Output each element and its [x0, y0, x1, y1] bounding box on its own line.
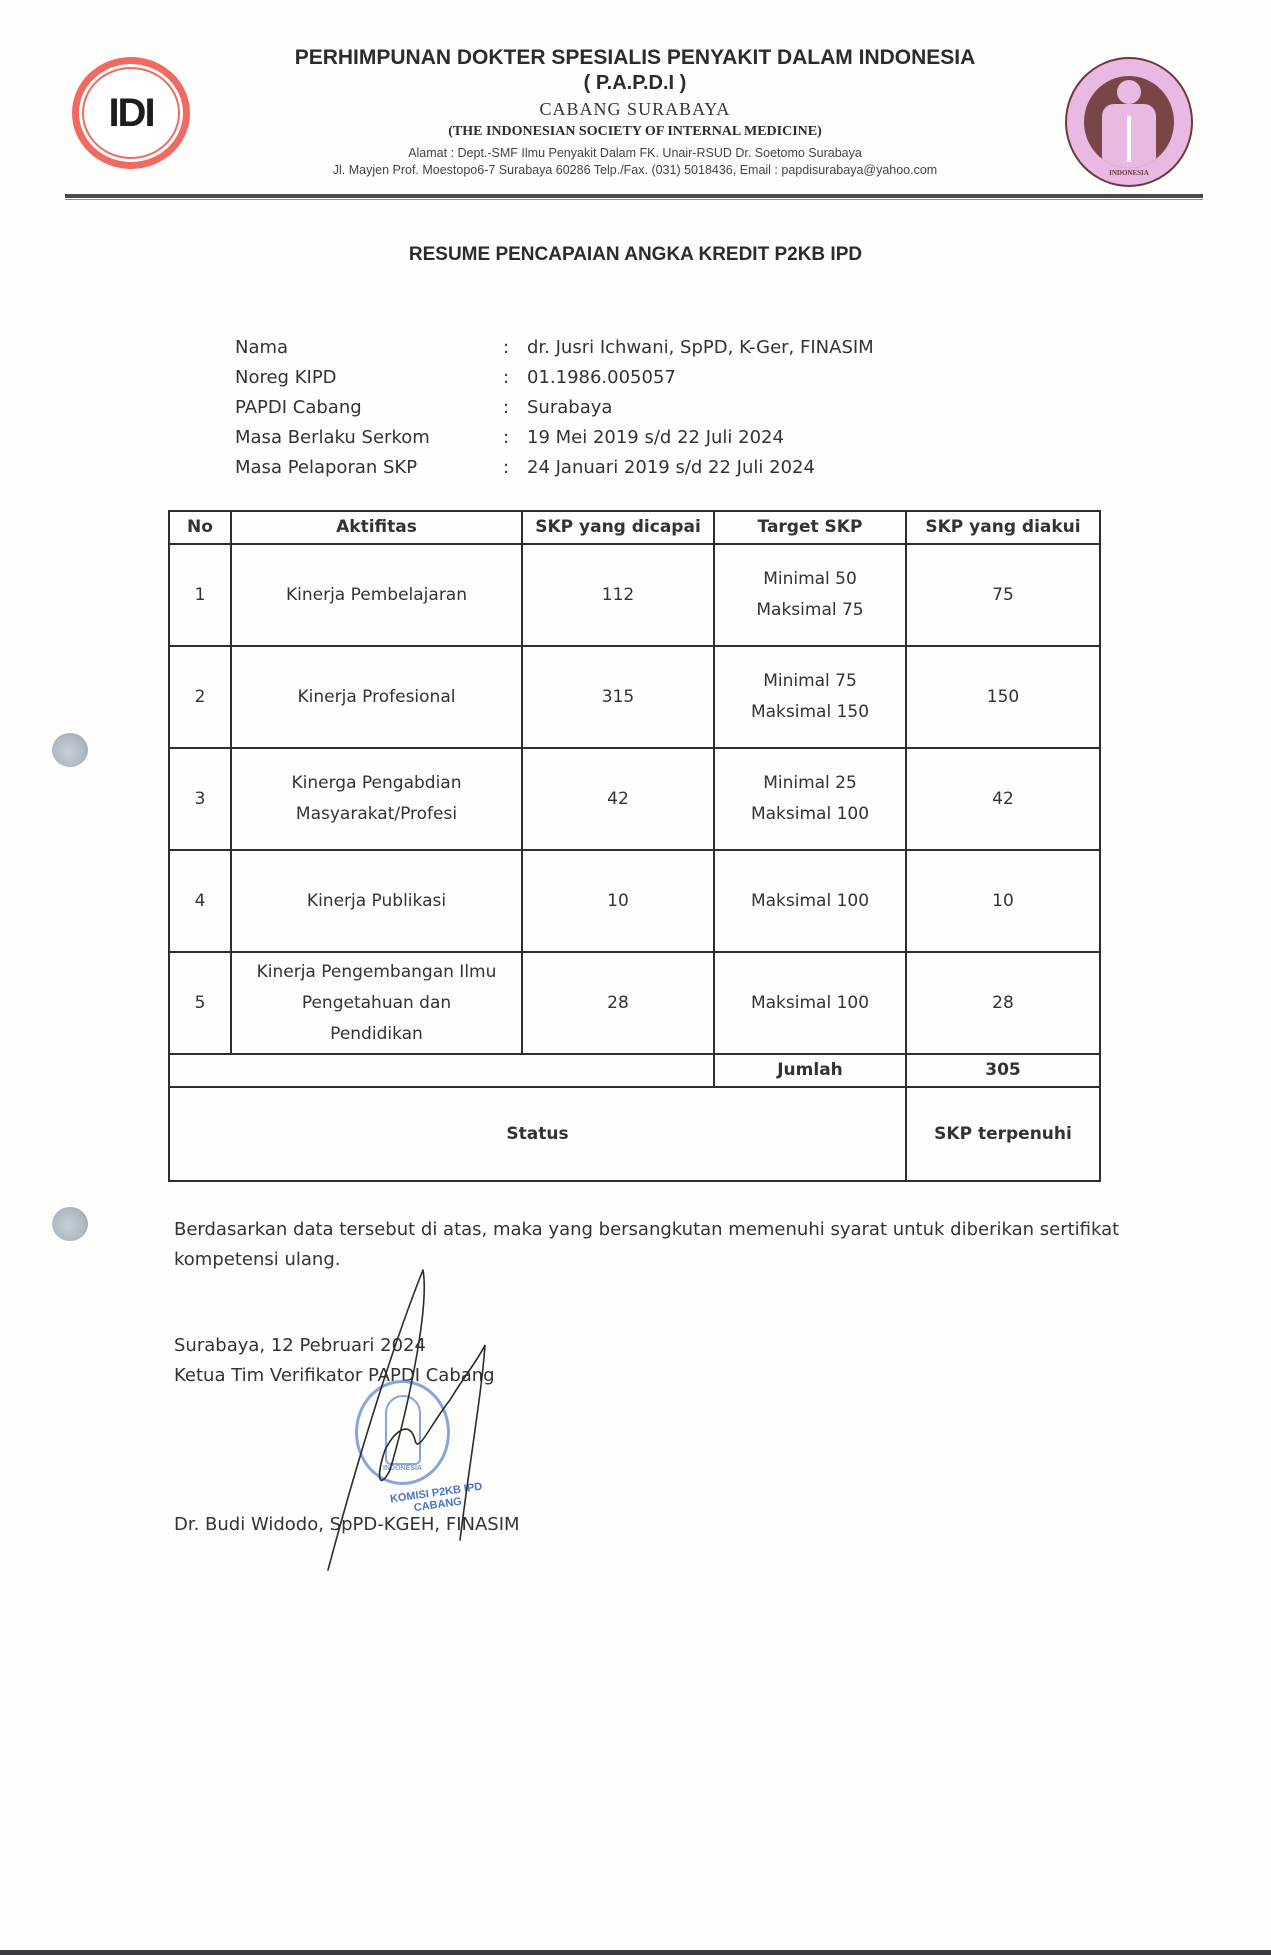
info-colon: : [503, 427, 527, 448]
total-spacer [169, 1054, 714, 1087]
info-colon: : [503, 397, 527, 418]
cell-diakui: 150 [906, 646, 1100, 748]
document-title: RESUME PENCAPAIAN ANGKA KREDIT P2KB IPD [0, 244, 1271, 266]
target-line2: Maksimal 100 [719, 799, 901, 830]
cell-diakui: 28 [906, 952, 1100, 1054]
org-address-line2: Jl. Mayjen Prof. Moestopo6-7 Surabaya 60… [170, 163, 1100, 177]
scan-edge [0, 1950, 1271, 1955]
cell-no: 1 [169, 544, 231, 646]
info-label: Masa Berlaku Serkom [235, 427, 503, 448]
cell-diakui: 10 [906, 850, 1100, 952]
cell-aktifitas: Kinerja Pengembangan Ilmu Pengetahuan da… [231, 952, 522, 1054]
punch-hole [52, 1207, 88, 1241]
header-skp-dicapai: SKP yang dicapai [522, 511, 714, 544]
org-name: PERHIMPUNAN DOKTER SPESIALIS PENYAKIT DA… [170, 46, 1100, 70]
target-line1: Maksimal 100 [719, 886, 901, 917]
target-line2: Maksimal 75 [719, 595, 901, 626]
cell-aktifitas: Kinerja Pembelajaran [231, 544, 522, 646]
cell-aktifitas: Kinerga Pengabdian Masyarakat/Profesi [231, 748, 522, 850]
info-label: Nama [235, 337, 503, 358]
info-value: 01.1986.005057 [527, 367, 676, 388]
info-block: Nama : dr. Jusri Ichwani, SpPD, K-Ger, F… [235, 332, 874, 482]
org-address-line1: Alamat : Dept.-SMF Ilmu Penyakit Dalam F… [170, 146, 1100, 160]
cell-dicapai: 315 [522, 646, 714, 748]
org-branch: CABANG SURABAYA [170, 99, 1100, 120]
idi-logo-text: IDI [108, 91, 153, 136]
punch-hole [52, 733, 88, 767]
info-colon: : [503, 367, 527, 388]
cell-no: 2 [169, 646, 231, 748]
cell-target: Minimal 50Maksimal 75 [714, 544, 906, 646]
signer-name: Dr. Budi Widodo, SpPD-KGEH, FINASIM [174, 1514, 520, 1535]
cell-target: Minimal 25Maksimal 100 [714, 748, 906, 850]
info-row-nama: Nama : dr. Jusri Ichwani, SpPD, K-Ger, F… [235, 332, 874, 362]
header-target-skp: Target SKP [714, 511, 906, 544]
status-label: Status [169, 1087, 906, 1181]
cell-aktifitas: Kinerja Publikasi [231, 850, 522, 952]
cell-no: 3 [169, 748, 231, 850]
papdi-logo: INDONESIA [1065, 57, 1193, 187]
skp-table: No Aktifitas SKP yang dicapai Target SKP… [168, 510, 1101, 1182]
total-label: Jumlah [714, 1054, 906, 1087]
header-divider [65, 194, 1203, 198]
target-line1: Minimal 50 [719, 564, 901, 595]
table-row: 3 Kinerga Pengabdian Masyarakat/Profesi … [169, 748, 1100, 850]
table-header-row: No Aktifitas SKP yang dicapai Target SKP… [169, 511, 1100, 544]
info-row-pelaporan: Masa Pelaporan SKP : 24 Januari 2019 s/d… [235, 452, 874, 482]
total-value: 305 [906, 1054, 1100, 1087]
info-colon: : [503, 457, 527, 478]
org-abbreviation: ( P.A.P.D.I ) [170, 72, 1100, 95]
target-line2: Maksimal 150 [719, 697, 901, 728]
info-row-cabang: PAPDI Cabang : Surabaya [235, 392, 874, 422]
staff-icon [1127, 116, 1131, 162]
cell-diakui: 75 [906, 544, 1100, 646]
target-line1: Minimal 75 [719, 666, 901, 697]
papdi-logo-bottom-text: INDONESIA [1067, 169, 1191, 177]
cell-dicapai: 28 [522, 952, 714, 1054]
header-skp-diakui: SKP yang diakui [906, 511, 1100, 544]
info-value: 24 Januari 2019 s/d 22 Juli 2024 [527, 457, 815, 478]
cell-dicapai: 112 [522, 544, 714, 646]
table-row: 2 Kinerja Profesional 315 Minimal 75Maks… [169, 646, 1100, 748]
org-english-name: (THE INDONESIAN SOCIETY OF INTERNAL MEDI… [170, 124, 1100, 140]
cell-target: Minimal 75Maksimal 150 [714, 646, 906, 748]
cell-no: 4 [169, 850, 231, 952]
cell-diakui: 42 [906, 748, 1100, 850]
table-total-row: Jumlah 305 [169, 1054, 1100, 1087]
info-label: PAPDI Cabang [235, 397, 503, 418]
figure-head-icon [1117, 80, 1141, 104]
status-value: SKP terpenuhi [906, 1087, 1100, 1181]
info-label: Noreg KIPD [235, 367, 503, 388]
info-value: Surabaya [527, 397, 612, 418]
table-row: 4 Kinerja Publikasi 10 Maksimal 100 10 [169, 850, 1100, 952]
info-colon: : [503, 337, 527, 358]
target-line1: Minimal 25 [719, 768, 901, 799]
cell-dicapai: 10 [522, 850, 714, 952]
info-row-noreg: Noreg KIPD : 01.1986.005057 [235, 362, 874, 392]
info-label: Masa Pelaporan SKP [235, 457, 503, 478]
info-row-serkom: Masa Berlaku Serkom : 19 Mei 2019 s/d 22… [235, 422, 874, 452]
header-no: No [169, 511, 231, 544]
cell-target: Maksimal 100 [714, 850, 906, 952]
table-row: 5 Kinerja Pengembangan Ilmu Pengetahuan … [169, 952, 1100, 1054]
cell-dicapai: 42 [522, 748, 714, 850]
info-value: dr. Jusri Ichwani, SpPD, K-Ger, FINASIM [527, 337, 874, 358]
header-aktifitas: Aktifitas [231, 511, 522, 544]
cell-target: Maksimal 100 [714, 952, 906, 1054]
info-value: 19 Mei 2019 s/d 22 Juli 2024 [527, 427, 784, 448]
target-line1: Maksimal 100 [719, 988, 901, 1019]
table-status-row: Status SKP terpenuhi [169, 1087, 1100, 1181]
table-row: 1 Kinerja Pembelajaran 112 Minimal 50Mak… [169, 544, 1100, 646]
header-divider-thin [65, 199, 1203, 200]
cell-no: 5 [169, 952, 231, 1054]
cell-aktifitas: Kinerja Profesional [231, 646, 522, 748]
